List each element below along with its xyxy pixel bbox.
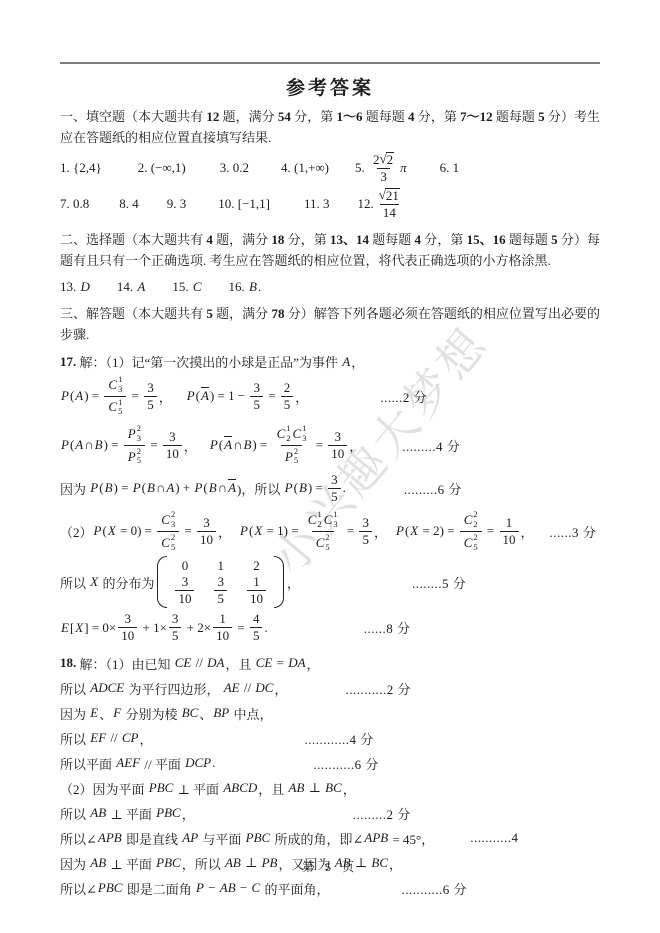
page-number: 第 5 页 (0, 858, 660, 875)
q17-step-pb: 因为 P(B) = P(B∩A) + P(B∩A)，所以 P(B) = 35..… (60, 473, 600, 503)
q18-step2: 因为 E、F 分别为棱 BC、BP 中点， (60, 704, 600, 723)
q17-step-pa: P(A) = C13C15 = 35，P(A) = 1 − 35 = 25，..… (60, 375, 600, 417)
page-title: 参考答案 (60, 73, 600, 100)
q18-step3: 所以 EF // CP，............4 分 (60, 729, 600, 748)
fill-in-answers-row2: 7. 0.88. 49. 310. [−1,1]11. 312.√2114 (60, 188, 600, 220)
section1-heading: 一、填空题（本大题共有 12 题，满分 54 分，第 1～6 题每题 4 分，第… (60, 106, 600, 148)
top-rule (60, 62, 600, 64)
section3-heading: 三、解答题（本大题共有 5 题，满分 78 分）解答下列各题必须在答题纸的相应位… (60, 303, 600, 345)
q18-part2-line1: （2）因为平面 PBC ⊥ 平面 ABCD，且 AB ⊥ BC， (60, 779, 600, 798)
choice-answers: 13. D14. A15. C16. B. (60, 278, 600, 296)
q17-part2-probabilities: （2）P(X = 0) = C23C25 = 310，P(X = 1) = C1… (60, 510, 600, 552)
section2-heading: 二、选择题（本大题共有 4 题，满分 18 分，第 13、14 题每题 4 分，… (60, 229, 600, 271)
answer-sheet-content: 参考答案 一、填空题（本大题共有 12 题，满分 54 分，第 1～6 题每题 … (0, 62, 660, 898)
q18-part2-line2: 所以 AB ⊥ 平面 PBC，.........2 分 (60, 804, 600, 823)
q18-intro: 18. 解：（1）由已知 CE // DA，且 CE = DA， (60, 654, 600, 673)
q18-step1: 所以 ADCE 为平行四边形， AE // DC，...........2 分 (60, 679, 600, 698)
q17-step-pab: P(A∩B) = P23P25 = 310，P(A∩B) = C12C13P25… (60, 424, 600, 466)
q18-step4: 所以平面 AEF // 平面 DCP............6 分 (60, 754, 600, 773)
q17-expectation: E[X] = 0×310 + 1×35 + 2×110 = 45.......8… (60, 612, 600, 642)
q18-part2-line3: 所以∠APB 即是直线 AP 与平面 PBC 所成的角，即∠APB = 45°，… (60, 829, 600, 848)
fill-in-answers-row1: 1. {2,4}2. (−∞,1)3. 0.24. (1,+∞)5. 2√23π… (60, 152, 600, 184)
q17-intro: 17. 解：（1）记“第一次摸出的小球是正品”为事件 A， (60, 352, 600, 371)
q17-distribution-matrix: 所以 X 的分布为01231035110，........5 分 (60, 556, 600, 608)
q18-part2-line5: 所以∠PBC 即是二面角 P − AB − C 的平面角，...........… (60, 879, 600, 898)
